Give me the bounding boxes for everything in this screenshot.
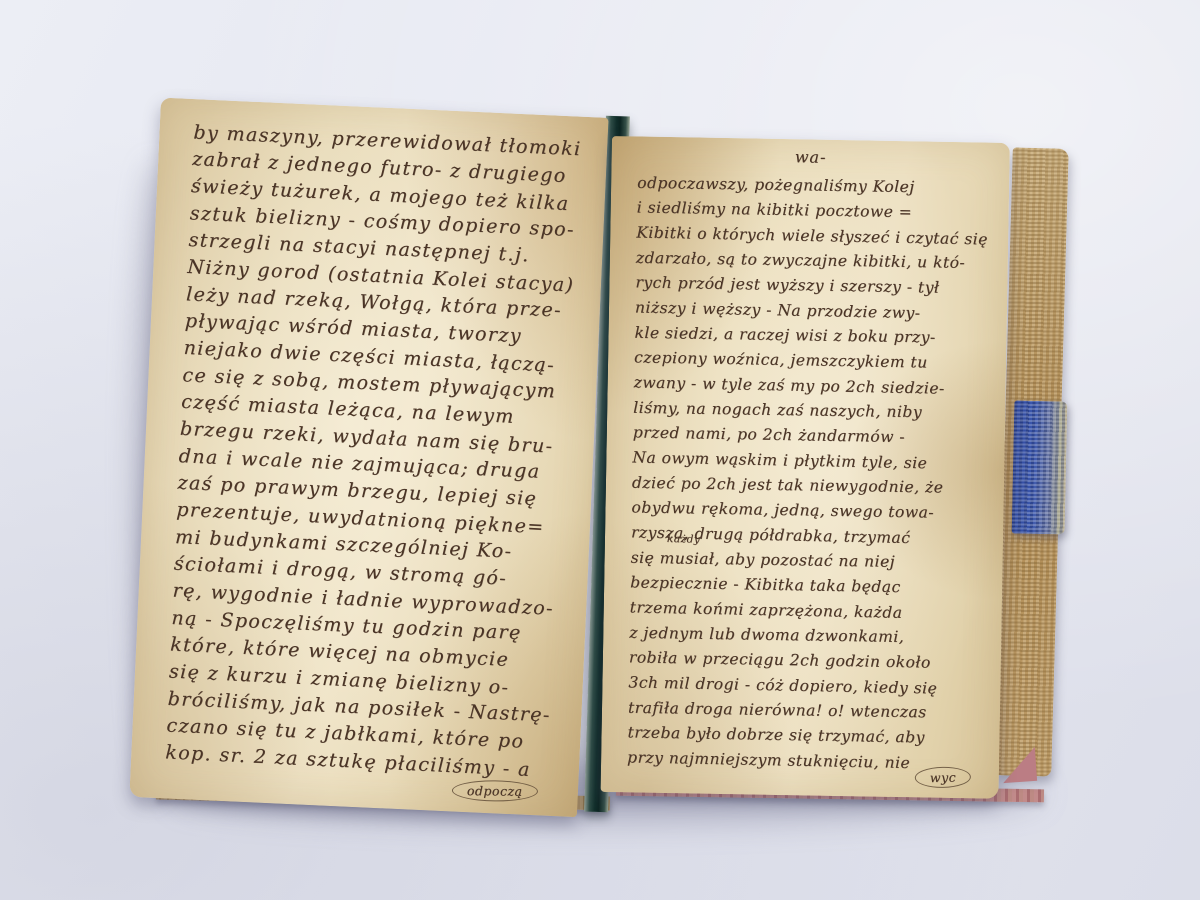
marbled-corner [1001, 747, 1037, 783]
right-page: wa- odpoczawszy, pożegnaliśmy Koleji sie… [601, 136, 1010, 799]
left-page-catchword: odpoczą [452, 780, 538, 802]
right-page-handwriting: odpoczawszy, pożegnaliśmy Koleji siedliś… [627, 170, 1003, 776]
interlinear-insertion: każdy [667, 533, 701, 546]
left-page: by maszyny, przerewidował tłomokizabrał … [129, 98, 608, 818]
left-page-handwriting: by maszyny, przerewidował tłomokizabrał … [165, 119, 600, 785]
photo-background: by maszyny, przerewidował tłomokizabrał … [0, 0, 1200, 900]
bookmark-tab [1012, 400, 1068, 534]
right-page-header: wa- [612, 144, 1010, 170]
right-page-catchword: wyc [914, 766, 971, 788]
